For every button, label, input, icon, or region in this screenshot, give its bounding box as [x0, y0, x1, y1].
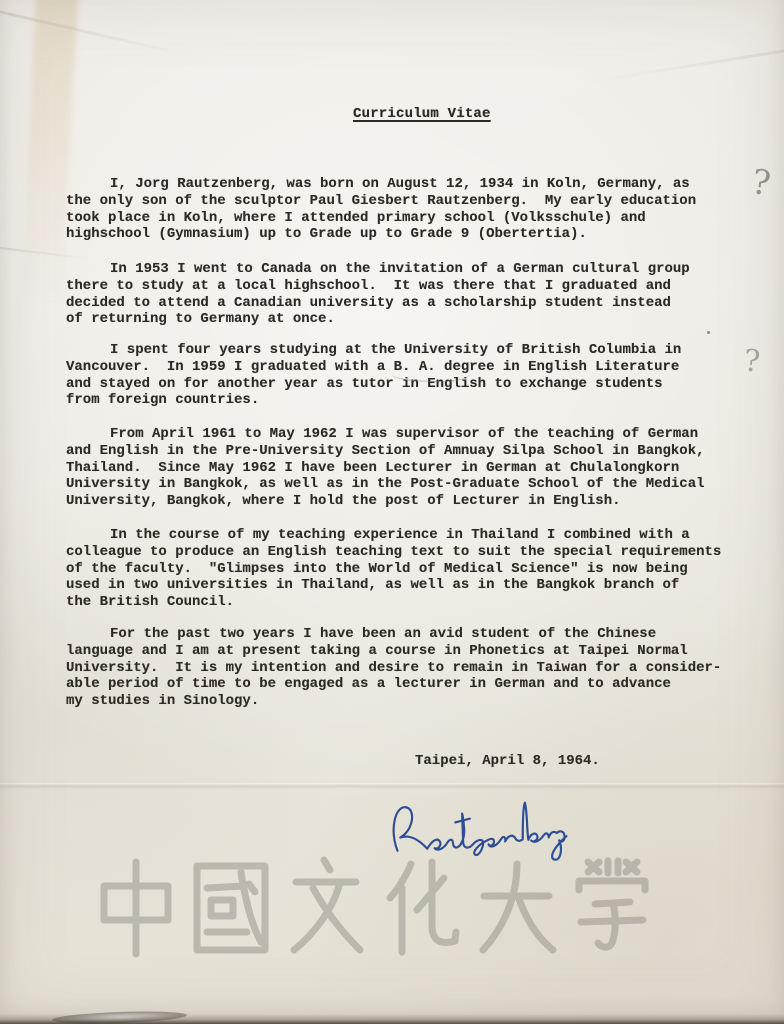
- page-bottom-scan-edge: [0, 1014, 784, 1024]
- ink-speck: [707, 331, 710, 334]
- paragraph-canada: In 1953 I went to Canada on the invitati…: [66, 261, 771, 328]
- scanned-cv-page: Curriculum Vitae I, Jorg Rautzenberg, wa…: [0, 0, 784, 1024]
- paragraph-birth-education: I, Jorg Rautzenberg, was born on August …: [66, 176, 771, 243]
- dateline: Taipei, April 8, 1964.: [415, 753, 600, 769]
- watermark-characters: [96, 856, 652, 960]
- paper-crease: [0, 6, 188, 56]
- paragraph-textbook: In the course of my teaching experience …: [66, 527, 771, 611]
- document-title: Curriculum Vitae: [353, 106, 491, 122]
- paragraph-taiwan-studies: For the past two years I have been an av…: [66, 626, 771, 710]
- pencil-question-mark: ?: [743, 343, 761, 379]
- paper-crease: [591, 44, 784, 83]
- paper-crease: [0, 246, 92, 260]
- paper-fold-crease: [0, 783, 784, 789]
- paragraph-bangkok-teaching: From April 1961 to May 1962 I was superv…: [66, 426, 771, 510]
- university-watermark: [96, 856, 652, 960]
